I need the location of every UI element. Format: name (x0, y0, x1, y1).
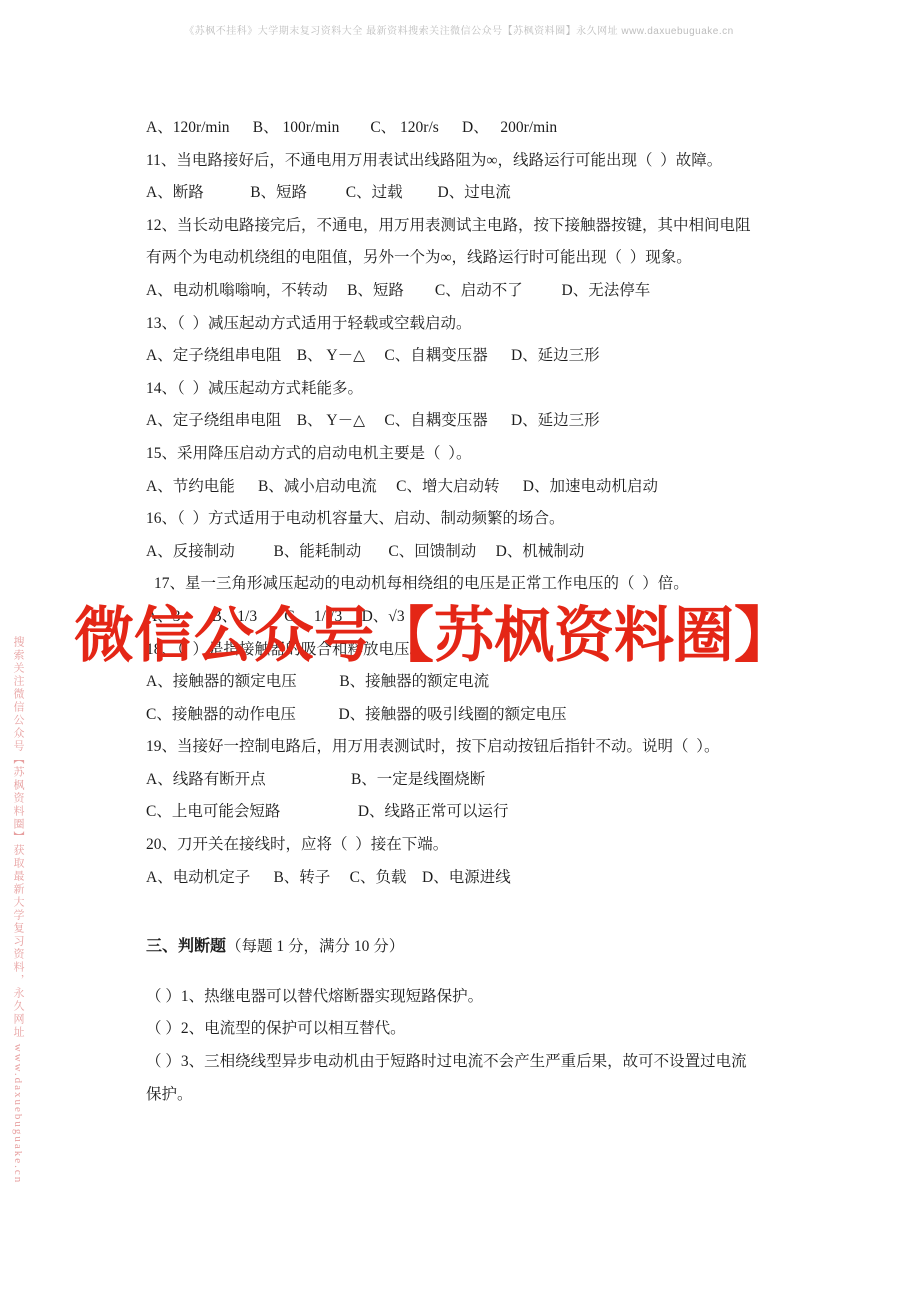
option-line-q13: A、定子绕组串电阻 B、 Y－△ C、自耦变压器 D、延边三形 (146, 340, 806, 373)
judgment-item-3: （ ）3、三相绕线型异步电动机由于短路时过电流不会产生严重后果，故可不设置过电流 (146, 1046, 806, 1079)
section-3-title-subtitle: （每题 1 分，满分 10 分） (226, 938, 404, 955)
section-3-title-bold: 三、判断题 (146, 938, 226, 955)
question-19: 19、当接好一控制电路后，用万用表测试时，按下启动按钮后指针不动。说明（ ）。 (146, 731, 806, 764)
exam-paper-page: 《苏枫不挂科》大学期末复习资料大全 最新资料搜索关注微信公众号【苏枫资料圈】永久… (0, 0, 918, 1298)
question-15: 15、采用降压启动方式的启动电机主要是（ ）。 (146, 438, 806, 471)
judgment-item-2: （ ）2、电流型的保护可以相互替代。 (146, 1013, 806, 1046)
option-line-q19-ab: A、线路有断开点 B、一定是线圈烧断 (146, 764, 806, 797)
question-20: 20、刀开关在接线时，应将（ ）接在下端。 (146, 829, 806, 862)
question-11: 11、当电路接好后，不通电用万用表试出线路阻为∞，线路运行可能出现（ ）故障。 (146, 145, 806, 178)
question-12-continuation: 有两个为电动机绕组的电阻值，另外一个为∞，线路运行时可能出现（ ）现象。 (146, 242, 806, 275)
question-13: 13、（ ）减压起动方式适用于轻载或空载启动。 (146, 308, 806, 341)
option-line-q12: A、电动机嗡嗡响，不转动 B、短路 C、启动不了 D、无法停车 (146, 275, 806, 308)
option-line-q11: A、断路 B、短路 C、过载 D、过电流 (146, 177, 806, 210)
question-12: 12、当长动电路接完后，不通电，用万用表测试主电路，按下接触器按键，其中相间电阻 (146, 210, 806, 243)
center-red-watermark: 微信公众号【苏枫资料圈】 (74, 588, 874, 674)
option-line-q20: A、电动机定子 B、转子 C、负载 D、电源进线 (146, 862, 806, 895)
judgment-item-1: （ ）1、热继电器可以替代熔断器实现短路保护。 (146, 981, 806, 1014)
option-line-q14: A、定子绕组串电阻 B、 Y－△ C、自耦变压器 D、延边三形 (146, 405, 806, 438)
question-14: 14、（ ）减压起动方式耗能多。 (146, 373, 806, 406)
judgment-item-3-continuation: 保护。 (146, 1079, 806, 1112)
page-header-watermark: 《苏枫不挂科》大学期末复习资料大全 最新资料搜索关注微信公众号【苏枫资料圈】永久… (0, 22, 918, 37)
option-line-q19-cd: C、上电可能会短路 D、线路正常可以运行 (146, 796, 806, 829)
side-vertical-watermark: 搜索关注微信公众号【苏枫资料圈】获取最新大学复习资料，永久网址 www.daxu… (10, 636, 26, 1116)
option-line-q15: A、节约电能 B、减小启动电流 C、增大启动转 D、加速电动机启动 (146, 471, 806, 504)
section-3-title: 三、判断题（每题 1 分，满分 10 分） (146, 931, 806, 964)
option-line-q16: A、反接制动 B、能耗制动 C、回馈制动 D、机械制动 (146, 536, 806, 569)
option-line-q10: A、120r/min B、 100r/min C、 120r/s D、 200r… (146, 112, 806, 145)
question-16: 16、（ ）方式适用于电动机容量大、启动、制动频繁的场合。 (146, 503, 806, 536)
option-line-q18-cd: C、接触器的动作电压 D、接触器的吸引线圈的额定电压 (146, 699, 806, 732)
